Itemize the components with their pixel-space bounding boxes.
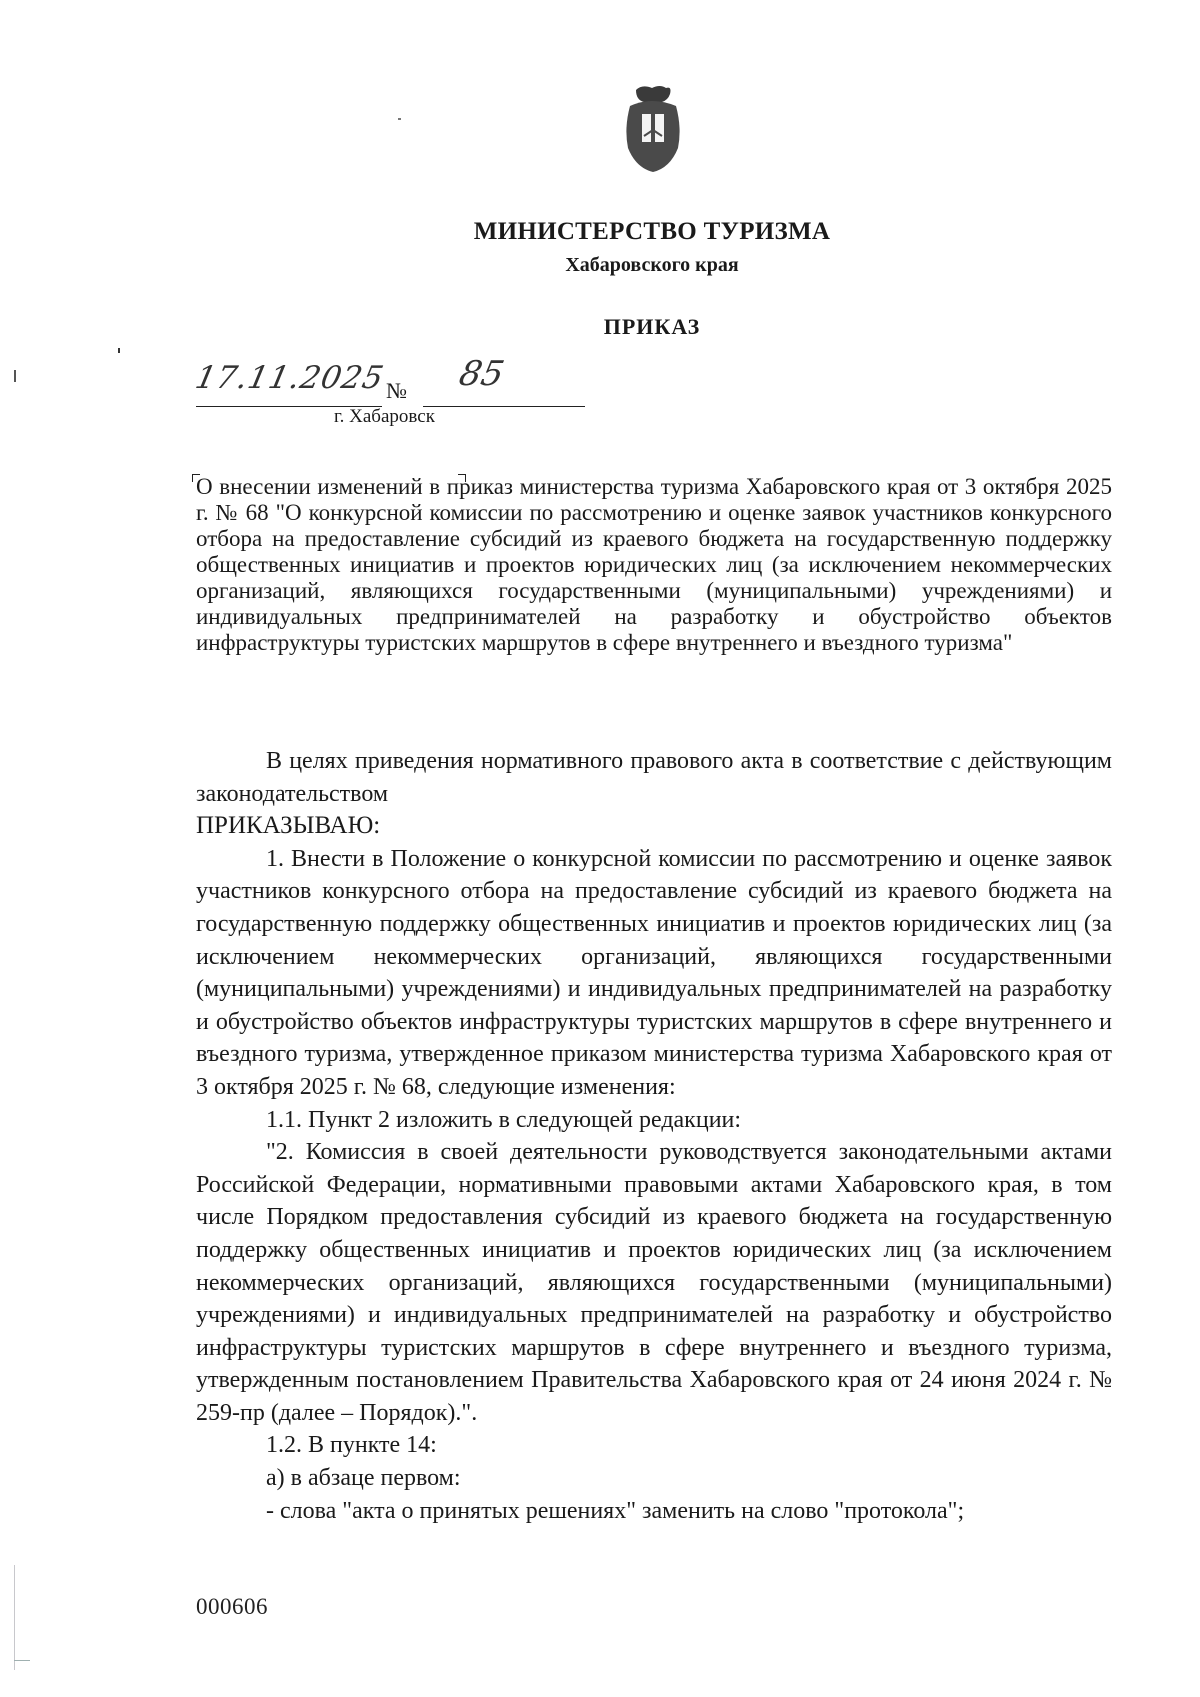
order-number: 85	[456, 354, 508, 394]
number-sign: №	[386, 378, 407, 404]
scan-edge-artifact	[14, 1660, 30, 1661]
paragraph-quoted-item-2: "2. Комиссия в своей деятельности руково…	[196, 1136, 1112, 1429]
preamble: В целях приведения нормативного правовог…	[196, 745, 1112, 810]
scan-edge-artifact	[14, 1565, 15, 1670]
scan-speck	[118, 348, 120, 353]
order-subject-title: О внесении изменений в приказ министерст…	[196, 474, 1112, 656]
paragraph-a: а) в абзаце первом:	[196, 1462, 1112, 1495]
ministry-name: МИНИСТЕРСТВО ТУРИЗМА	[0, 218, 1200, 246]
scan-speck	[14, 370, 16, 382]
scan-speck	[398, 118, 401, 120]
city: г. Хабаровск	[334, 406, 435, 428]
form-serial-number: 000606	[196, 1594, 268, 1620]
paragraph-dash: - слова "акта о принятых решениях" замен…	[196, 1495, 1112, 1528]
document-type: ПРИКАЗ	[0, 314, 1200, 340]
order-date: 17.11.2025	[192, 360, 387, 396]
region-name: Хабаровского края	[0, 254, 1200, 277]
order-body: В целях приведения нормативного правовог…	[196, 745, 1112, 1527]
order-directive: ПРИКАЗЫВАЮ:	[196, 810, 1112, 843]
paragraph-1: 1. Внести в Положение о конкурсной комис…	[196, 843, 1112, 1104]
paragraph-1-2: 1.2. В пункте 14:	[196, 1429, 1112, 1462]
khabarovsk-krai-coat-of-arms-icon	[622, 84, 684, 174]
paragraph-1-1: 1.1. Пункт 2 изложить в следующей редакц…	[196, 1104, 1112, 1137]
number-underline	[423, 366, 585, 407]
